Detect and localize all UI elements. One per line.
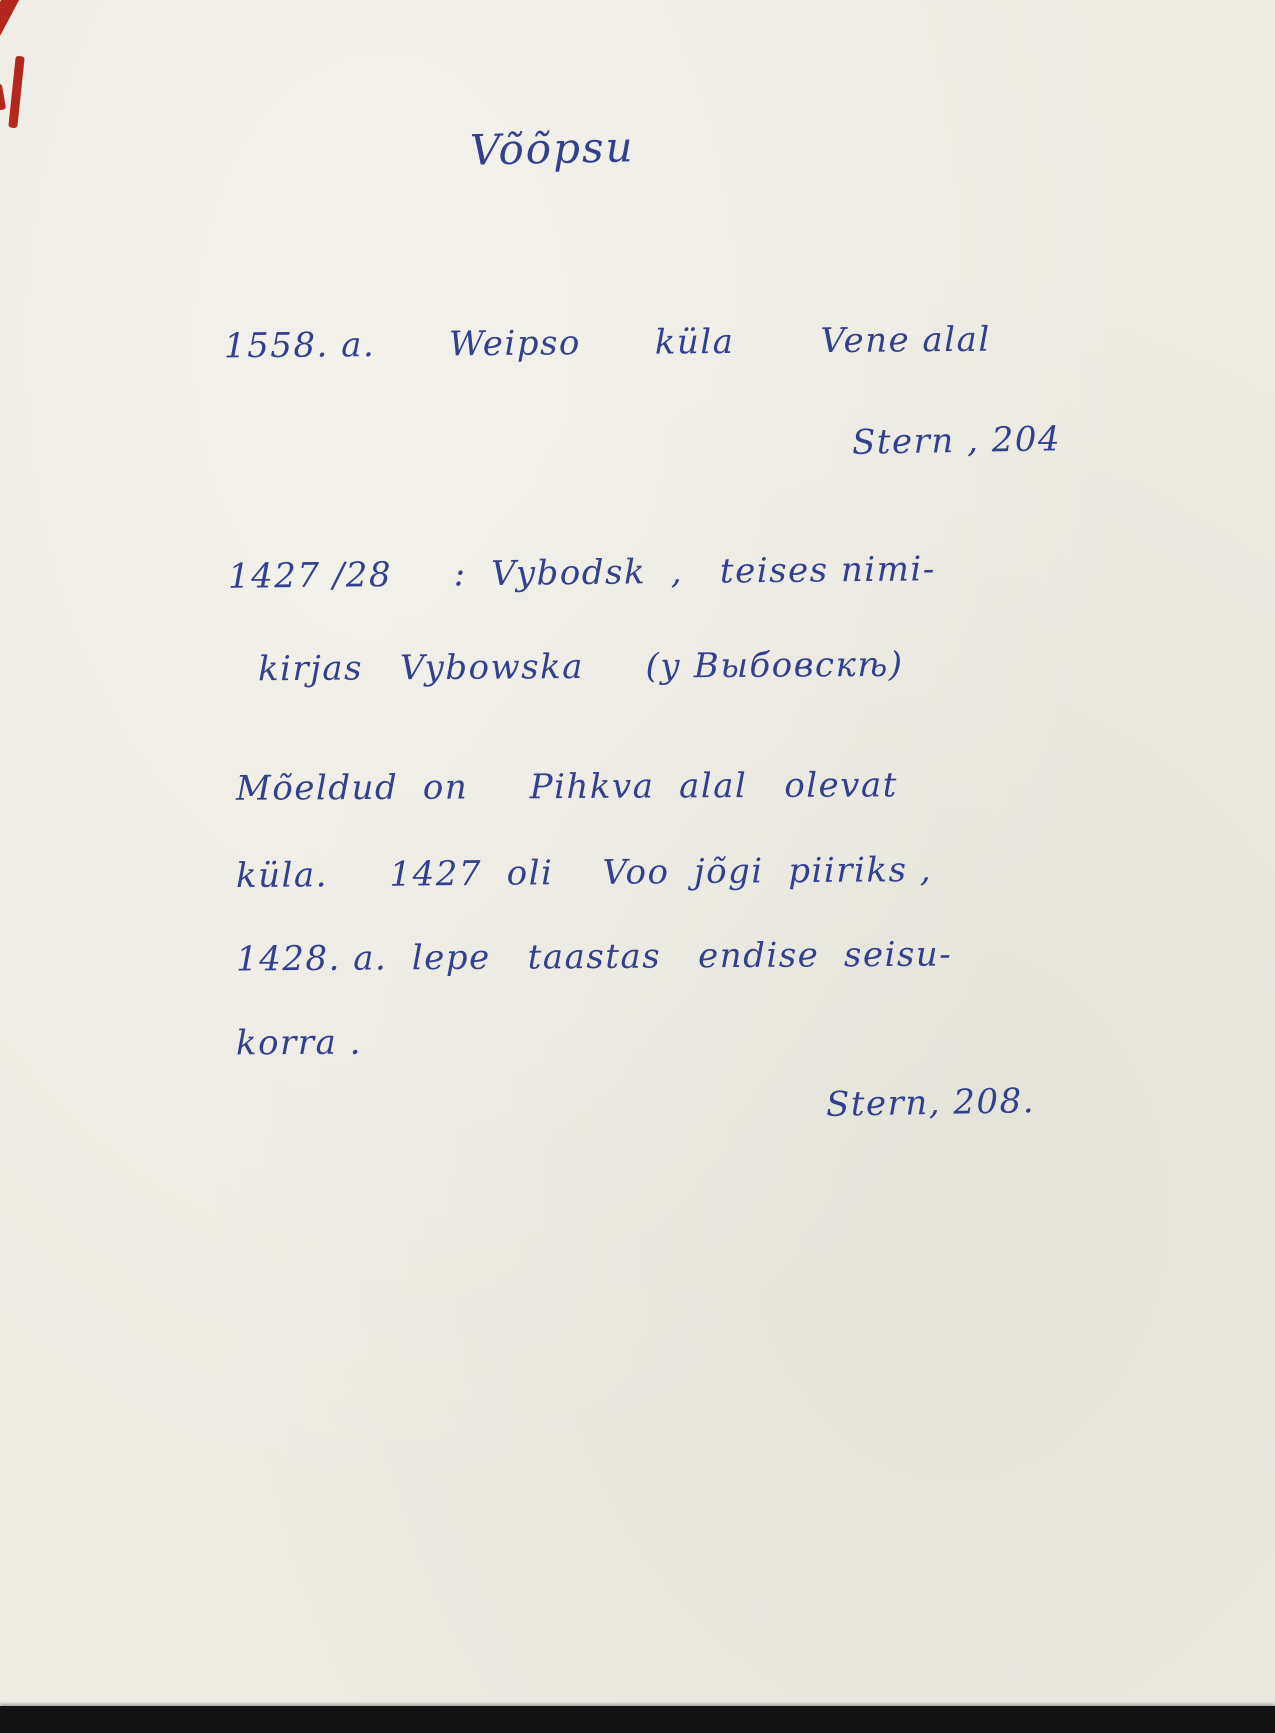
handwritten-line: kirjas Vybowska (у Выбовскѣ) [258, 648, 904, 687]
handwritten-line: 1427 /28 : Vybodsk , teises nimi- [228, 552, 936, 593]
handwritten-line: küla. 1427 oli Voo jõgi piiriks , [236, 853, 932, 893]
red-ink-corner-mark [0, 84, 6, 111]
handwritten-line: 1558. a. Weipso küla Vene alal [224, 323, 991, 364]
handwritten-line: 1428. a. lepe taastas endise seisu- [236, 938, 952, 977]
handwritten-line: Mõeldud on Pihkva alal olevat [236, 768, 898, 805]
citation-line: Stern , 204 [852, 422, 1062, 460]
scan-edge-strip [0, 1706, 1275, 1733]
red-ink-corner-mark [8, 56, 24, 129]
citation-line: Stern, 208. [826, 1084, 1036, 1122]
page-title: Võõpsu [470, 126, 635, 171]
handwritten-line: korra . [236, 1026, 362, 1061]
scanned-handwritten-note: Võõpsu 1558. a. Weipso küla Vene alal St… [0, 0, 1275, 1733]
red-ink-corner-mark [0, 0, 22, 50]
